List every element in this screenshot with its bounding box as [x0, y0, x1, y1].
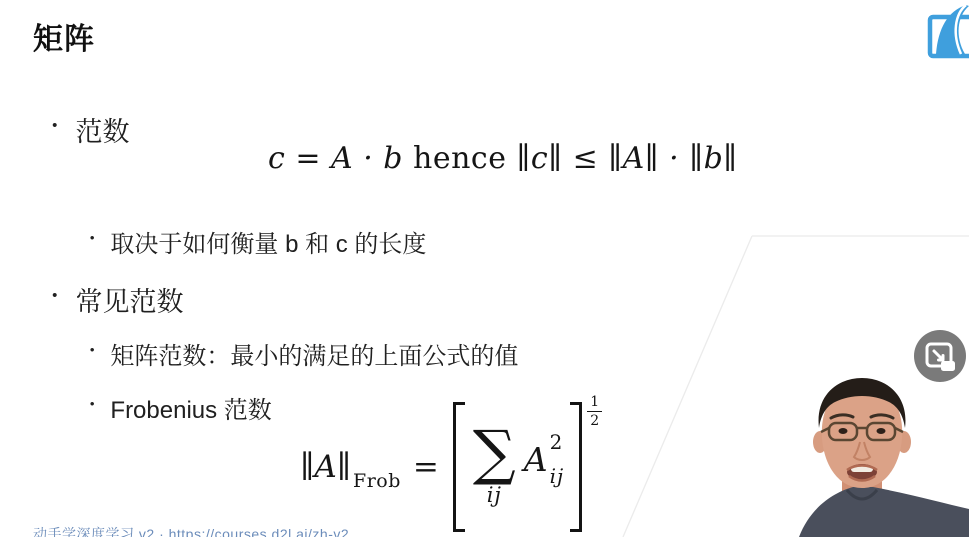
term-base: A — [524, 440, 548, 479]
term-superscript: 2 — [550, 430, 565, 454]
bullet-dot: • — [90, 342, 95, 357]
pip-icon — [913, 329, 967, 383]
exponent-fraction: 1 2 — [587, 394, 602, 429]
frobenius-lhs: ∥A∥ — [300, 449, 351, 485]
bullet-dot: • — [52, 117, 57, 134]
exponent-numerator: 1 — [587, 394, 602, 412]
bullet-text: 范数 — [75, 110, 129, 149]
left-bracket — [453, 402, 465, 532]
formula-frobenius-norm: ∥A∥ Frob = ∑ ij A 2 ij 1 2 — [300, 398, 602, 536]
d2l-logo-icon — [925, 4, 969, 60]
frobenius-subscript: Frob — [353, 470, 401, 492]
bullet-text: 取决于如何衡量 b 和 c 的长度 — [110, 224, 426, 259]
equals-sign: = — [413, 449, 439, 485]
formula-lhs: c = A · b — [268, 141, 403, 176]
formula-rhs: ∥c∥ ≤ ∥A∥ · ∥b∥ — [517, 141, 738, 176]
webcam-presenter-overlay[interactable] — [785, 370, 969, 537]
summation-subscript: ij — [487, 483, 502, 507]
pip-button[interactable] — [913, 329, 967, 383]
exponent-denominator: 2 — [590, 412, 599, 429]
bullet-dot: • — [90, 230, 95, 245]
bullet-dot: • — [90, 396, 95, 411]
bullet-item: • 常见范数 — [50, 280, 183, 319]
term-subscript: ij — [550, 464, 565, 488]
bullet-text: 常见范数 — [75, 280, 183, 319]
bullet-text: Frobenius 范数 — [110, 390, 271, 425]
bullet-item: • 范数 — [50, 110, 129, 149]
course-footer-link: 动手学深度学习 v2 · https://courses.d2l.ai/zh-v… — [33, 524, 349, 537]
bullet-item: • Frobenius 范数 — [88, 390, 272, 425]
right-bracket — [570, 402, 582, 532]
summation-icon: ∑ — [473, 428, 516, 479]
bullet-item: • 矩阵范数：最小的满足的上面公式的值 — [88, 336, 518, 371]
bullet-dot: • — [52, 287, 57, 304]
formula-connector: hence — [403, 141, 517, 176]
bullet-item: • 取决于如何衡量 b 和 c 的长度 — [88, 224, 426, 259]
bullet-text: 矩阵范数：最小的满足的上面公式的值 — [110, 336, 518, 371]
slide-title: 矩阵 — [33, 14, 95, 58]
formula-norm-inequality: c = A · b hence ∥c∥ ≤ ∥A∥ · ∥b∥ — [268, 141, 738, 176]
